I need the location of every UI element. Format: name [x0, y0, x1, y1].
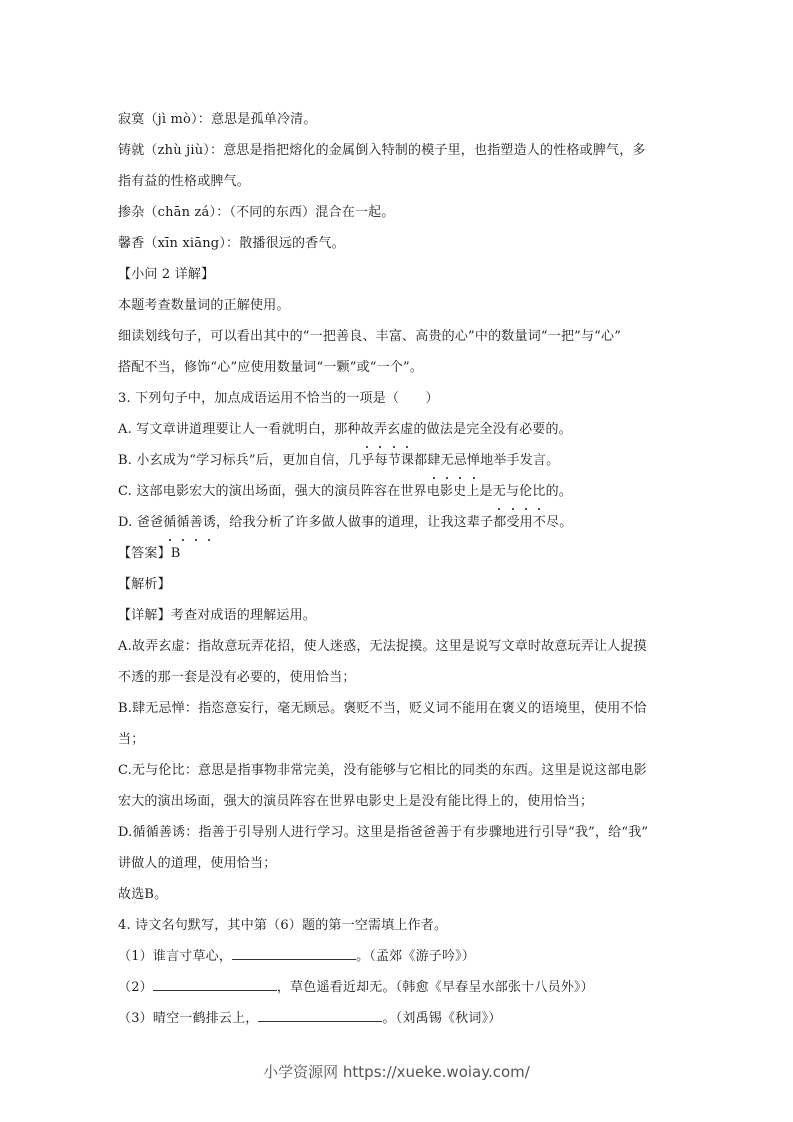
emphasis-char: 肆	[427, 445, 440, 476]
subquestion-2-intro: 本题考查数量词的正解使用。	[118, 290, 680, 321]
conclusion: 故选B。	[118, 879, 680, 910]
explain-d: D.循循善诱：指善于引导别人进行学习。这里是指爸爸善于有步骤地进行引导“我”，给…	[118, 817, 680, 848]
emphasis-char: 故	[361, 414, 374, 445]
emphasis-char: 比	[532, 476, 545, 507]
explain-a: A.故弄玄虚：指故意玩弄花招，使人迷惑，无法捉摸。这里是说写文章时故意玩弄让人捉…	[118, 631, 680, 662]
emphasis-char: 诱	[203, 507, 216, 538]
subquestion-2-heading: 【小问 2 详解】	[118, 259, 680, 290]
emphasis-char: 善	[190, 507, 203, 538]
emphasis-char: 惮	[467, 445, 480, 476]
fill-blank[interactable]	[232, 947, 356, 960]
vocab-zhujiu: 铸就（zhù jiù）：意思是指把熔化的金属倒入特制的模子里，也指塑造人的性格或…	[118, 135, 680, 166]
emphasis-char: 忌	[454, 445, 467, 476]
fill-blank[interactable]	[153, 978, 277, 991]
option-c: C. 这部电影宏大的演出场面，强大的演员阵容在世界电影史上是无与伦比的。	[118, 476, 680, 507]
emphasis-char: 循	[176, 507, 189, 538]
option-b: B. 小玄成为“学习标兵”后，更加自信，几乎每节课都肆无忌惮地举手发言。	[118, 445, 680, 476]
emphasis-char: 伦	[519, 476, 532, 507]
answer-label: 【答案】B	[118, 538, 680, 569]
subquestion-2-detail: 细读划线句子，可以看出其中的“一把善良、丰富、高贵的心”中的数量词“一把”与“心…	[118, 321, 680, 352]
emphasis-char: 玄	[387, 414, 400, 445]
footer-watermark: 小学资源网 https://xueke.woiay.com/	[0, 1061, 793, 1082]
question-3-stem: 3. 下列句子中，加点成语运用不恰当的一项是（ ）	[118, 383, 680, 414]
vocab-chanza: 掺杂（chān zá）：（不同的东西）混合在一起。	[118, 197, 680, 228]
fill-item-3: （3）晴空一鹤排云上，。（刘禹锡《秋词》）	[118, 1003, 680, 1034]
option-d: D. 爸爸循循善诱，给我分析了许多做人做事的道理，让我这辈子都受用不尽。	[118, 507, 680, 538]
emphasis-char: 循	[163, 507, 176, 538]
subquestion-2-detail-cont: 搭配不当，修饰“心”应使用数量词“一颗”或“一个”。	[118, 352, 680, 383]
emphasis-char: 无	[493, 476, 506, 507]
explain-c-cont: 宏大的演出场面，强大的演员阵容在世界电影史上是没有能比得上的，使用恰当；	[118, 786, 680, 817]
detail-label: 【详解】考查对成语的理解运用。	[118, 600, 680, 631]
emphasis-char: 虚	[400, 414, 413, 445]
emphasis-char: 弄	[374, 414, 387, 445]
explain-b-cont: 当；	[118, 724, 680, 755]
question-4-stem: 4. 诗文名句默写，其中第（6）题的第一空需填上作者。	[118, 910, 680, 941]
vocab-xinxiang: 馨香（xīn xiāng）：散播很远的香气。	[118, 228, 680, 259]
explain-c: C.无与伦比：意思是指事物非常完美，没有能够与它相比的同类的东西。这里是说这部电…	[118, 755, 680, 786]
explain-d-cont: 讲做人的道理，使用恰当；	[118, 848, 680, 879]
vocab-zhujiu-cont: 指有益的性格或脾气。	[118, 166, 680, 197]
analysis-label: 【解析】	[118, 569, 680, 600]
explain-a-cont: 不透的那一套是没有必要的，使用恰当；	[118, 662, 680, 693]
emphasis-char: 与	[506, 476, 519, 507]
fill-item-1: （1）谁言寸草心，。（孟郊《游子吟》）	[118, 941, 680, 972]
vocab-jimo: 寂寞（jì mò）：意思是孤单冷清。	[118, 104, 680, 135]
explain-b: B.肆无忌惮：指恣意妄行，毫无顾忌。褒贬不当，贬义词不能用在褒义的语境里，使用不…	[118, 693, 680, 724]
fill-item-2: （2），草色遥看近却无。（韩愈《早春呈水部张十八员外》）	[118, 972, 680, 1003]
document-page: 寂寞（jì mò）：意思是孤单冷清。 铸就（zhù jiù）：意思是指把熔化的金…	[118, 104, 680, 1034]
emphasis-char: 无	[441, 445, 454, 476]
fill-blank[interactable]	[258, 1009, 382, 1022]
option-a: A. 写文章讲道理要让人一看就明白，那种故弄玄虚的做法是完全没有必要的。	[118, 414, 680, 445]
